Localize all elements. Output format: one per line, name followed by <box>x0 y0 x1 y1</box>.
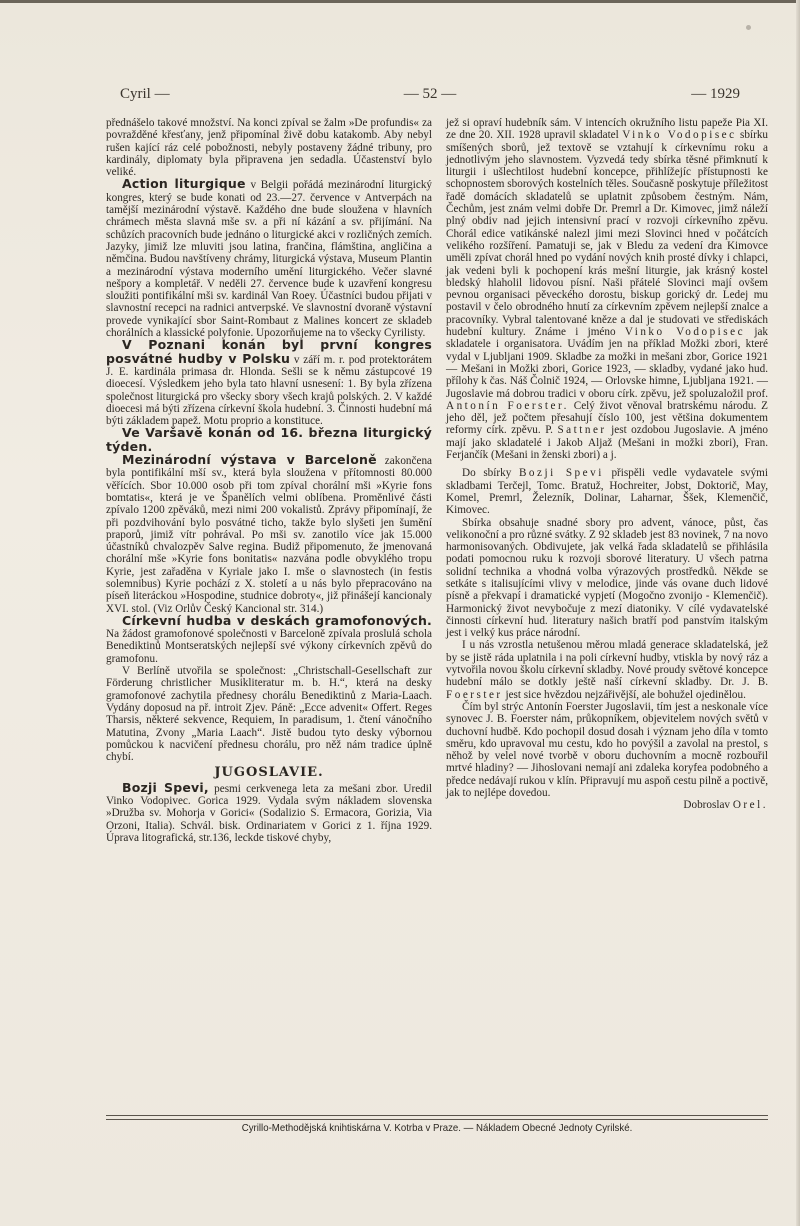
paragraph-gramophone: Církevní hudba v deskách gramofonových. … <box>106 615 432 665</box>
signature-first-name: Dobroslav <box>683 799 732 811</box>
paragraph-barcelona: Mezinárodní výstava v Barceloně zakončen… <box>106 454 432 615</box>
text-run: jest sice hvězdou nejzářivější, ale bohu… <box>503 689 746 701</box>
paper-speck <box>746 25 751 30</box>
left-column: přednášelo takové množství. Na konci zpí… <box>106 117 432 844</box>
paragraph-heading: Bozji Spevi, <box>122 780 209 795</box>
running-header: Cyril — — 52 — — 1929 <box>120 86 740 106</box>
paragraph-action-liturgique: Action liturgique v Belgii pořádá meziná… <box>106 178 432 339</box>
paragraph-heading: Církevní hudba v deskách gramofonových. <box>122 613 432 628</box>
paragraph-contents: Sbírka obsahuje snadné sbory pro advent,… <box>446 517 768 640</box>
author-signature: Dobroslav Orel. <box>446 799 768 811</box>
paragraph-foerster: Čím byl strýc Antonín Foerster Jugoslavi… <box>446 701 768 799</box>
paragraph-poznan: V Poznani konán byl první kongres posvát… <box>106 339 432 427</box>
paragraph-body: zakončena byla pontifikální mší sv., kte… <box>106 455 432 615</box>
spaced-name: Foerster <box>446 689 503 701</box>
paragraph: přednášelo takové množství. Na konci zpí… <box>106 117 432 178</box>
page: Cyril — — 52 — — 1929 přednášelo takové … <box>0 0 800 1226</box>
text-run: Do sbírky <box>462 467 519 479</box>
spaced-name: Vinko Vodopisec <box>625 326 745 338</box>
paragraph-body: v Belgii pořádá mezinárodní liturgický k… <box>106 179 432 339</box>
paragraph-heading: Ve Varšavě konán od 16. března liturgick… <box>106 425 432 453</box>
header-page-number: — 52 — <box>120 86 740 103</box>
paragraph-contributors: Do sbírky Bozji Spevi přispěli vedle vyd… <box>446 467 768 516</box>
scan-edge-top <box>0 0 800 3</box>
scan-edge-right <box>796 0 800 1226</box>
text-run: sbírku smíšených sborů, jež textově se v… <box>446 129 768 338</box>
section-title-jugoslavie: JUGOSLAVIE. <box>106 767 432 779</box>
spaced-name: Vinko Vodopisec <box>622 129 736 141</box>
paragraph-warsaw: Ve Varšavě konán od 16. března liturgick… <box>106 427 432 454</box>
footer-rule <box>106 1115 768 1120</box>
paragraph-bozji-spevi: Bozji Spevi, pesmi cerkvenega leta za me… <box>106 782 432 844</box>
spaced-name: Sattner <box>557 424 606 436</box>
printer-imprint: Cyrillo-Methodějská knihtiskárna V. Kotr… <box>132 1122 741 1134</box>
paragraph-generation: I u nás vzrostla netušenou měrou mladá g… <box>446 639 768 700</box>
spaced-name: Bozji Spevi <box>519 467 604 479</box>
text-run: I u nás vzrostla netušenou měrou mladá g… <box>446 639 768 688</box>
signature-last-name: Orel. <box>733 799 768 811</box>
paragraph-body: Na žádost gramofonové společnosti v Barc… <box>106 628 432 665</box>
spaced-name: Antonín Foerster. <box>446 400 569 412</box>
paragraph-heading: Mezinárodní výstava v Barceloně <box>122 452 377 467</box>
paragraph-heading: Action liturgique <box>122 176 246 191</box>
right-column: jež si opraví hudebník sám. V intencích … <box>446 117 768 812</box>
header-year: — 1929 <box>691 86 740 103</box>
paragraph-review: jež si opraví hudebník sám. V intencích … <box>446 117 768 461</box>
paragraph-berlin: V Berlíně utvořila se společnost: „Chris… <box>106 665 432 763</box>
